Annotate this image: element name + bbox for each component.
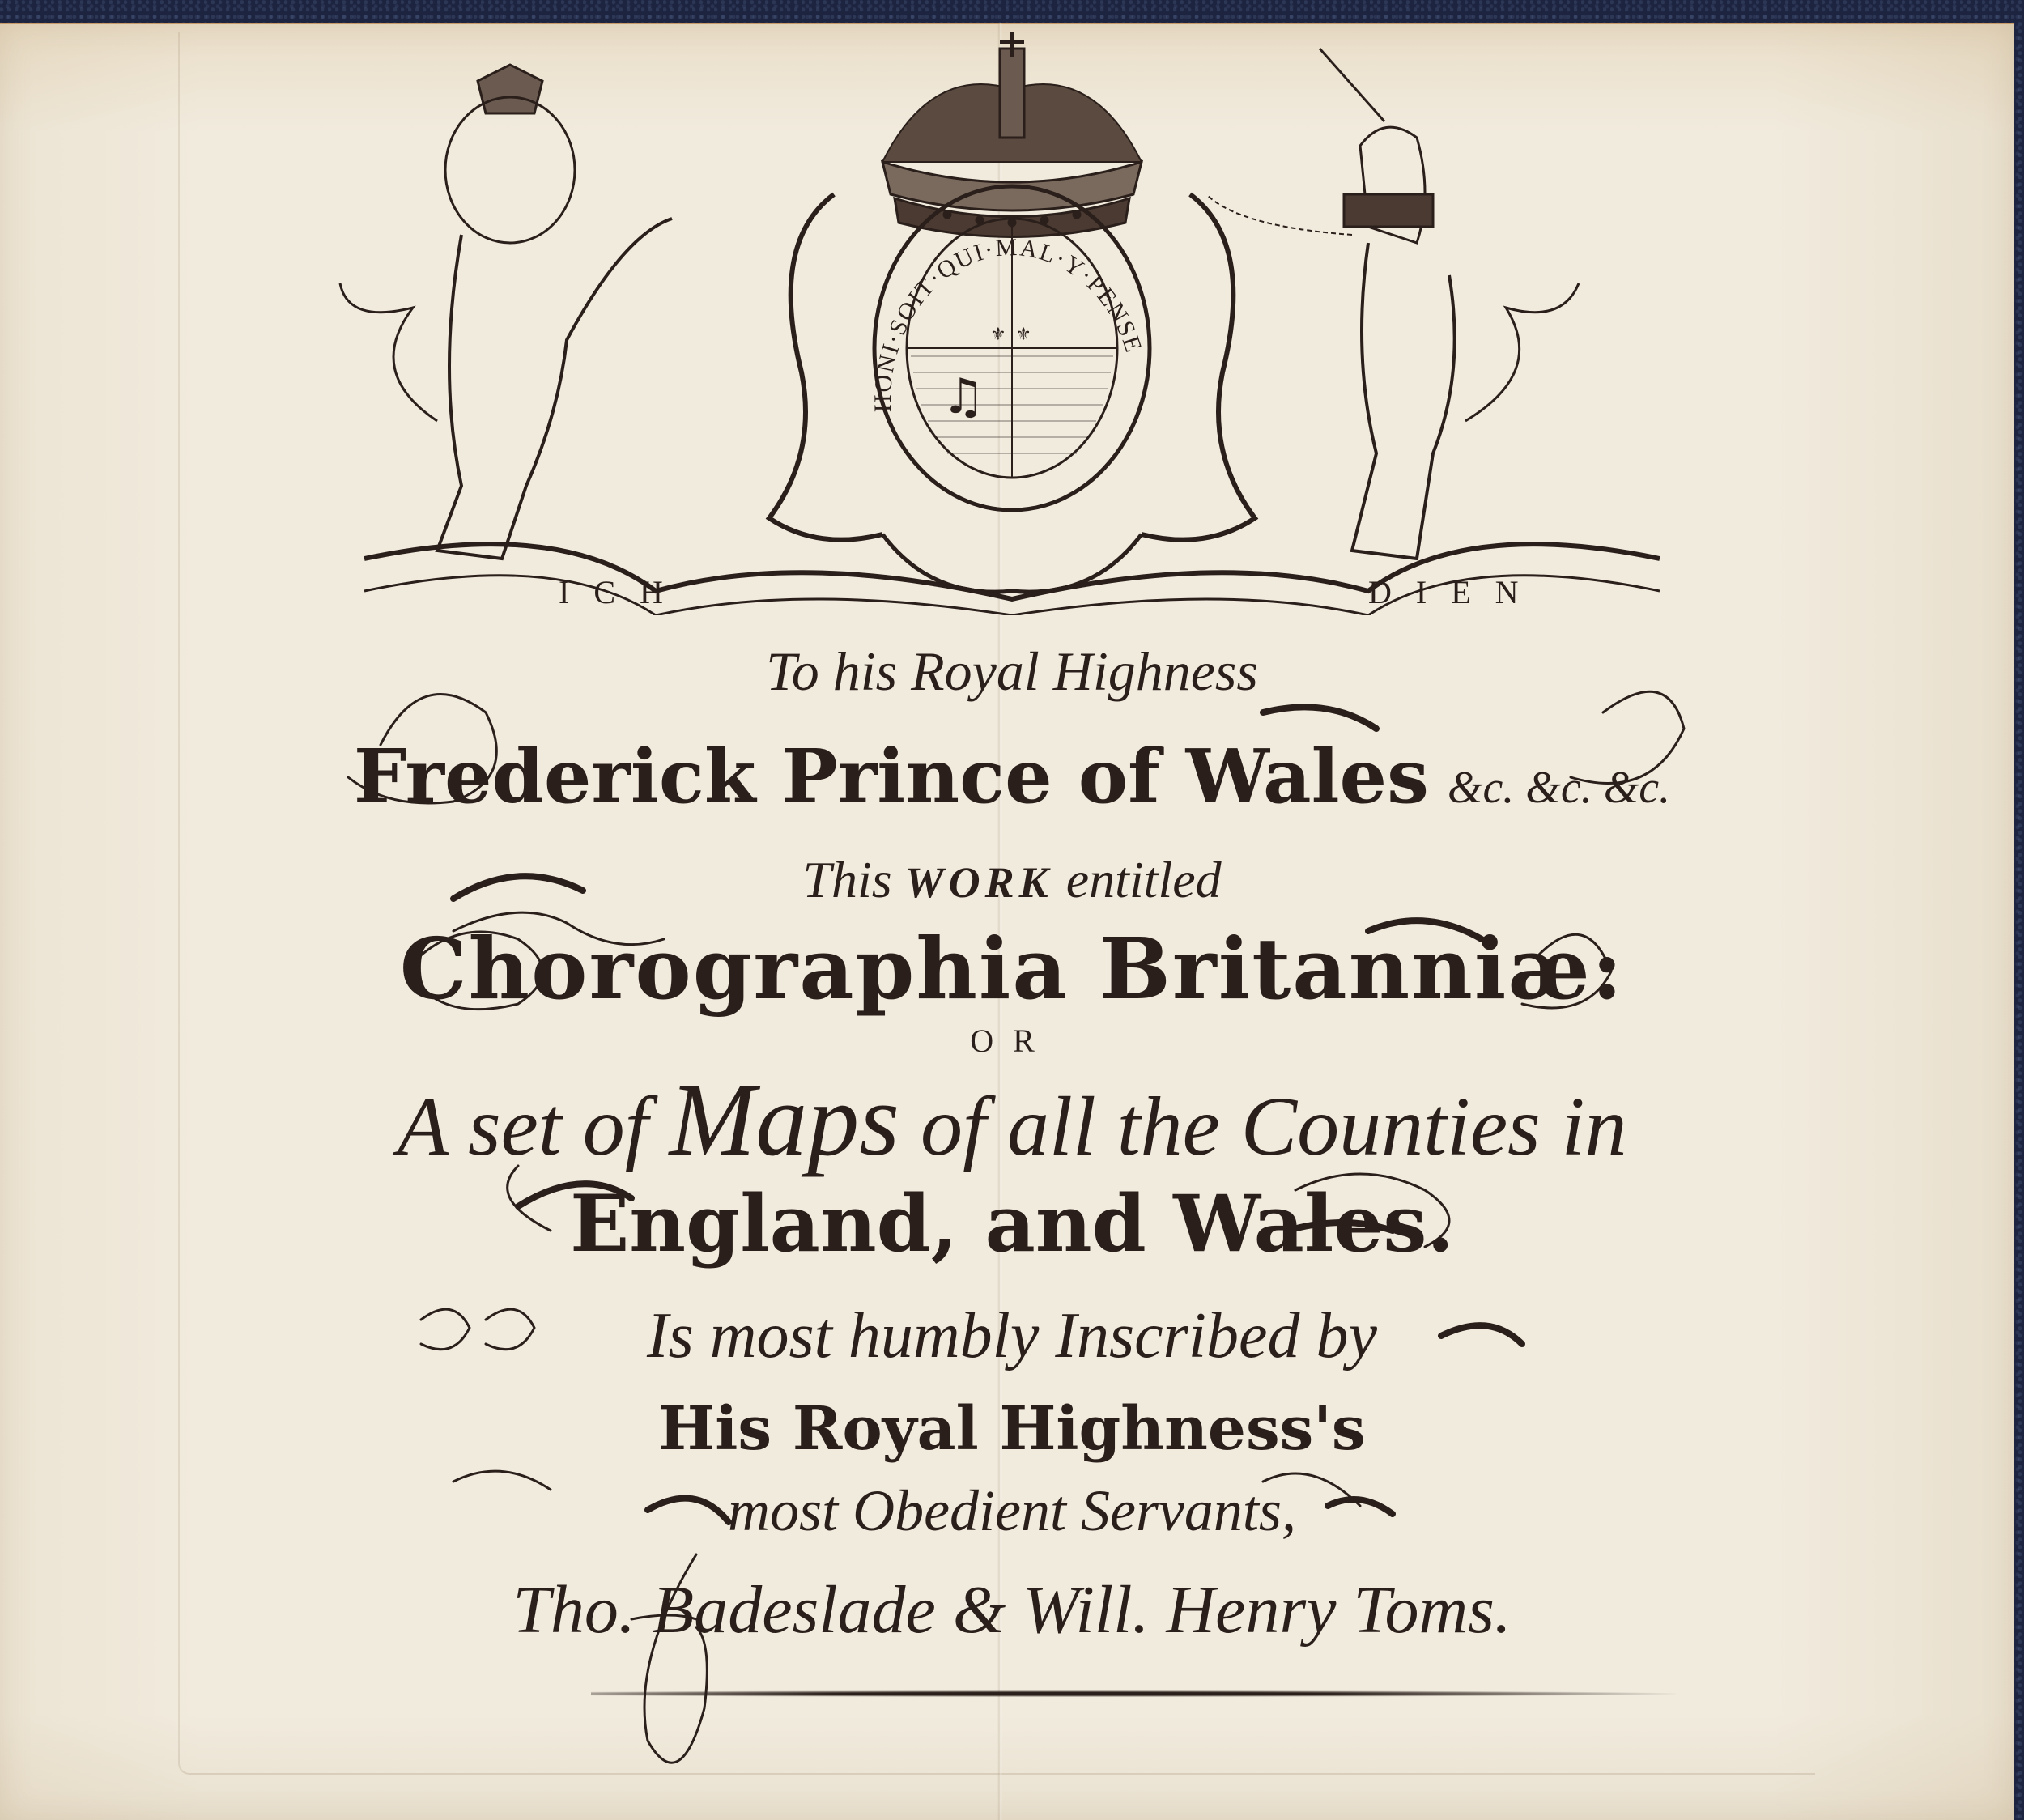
- work-word: WORK: [905, 858, 1053, 907]
- his-royal-highness-line: His Royal Highness's: [0, 1394, 2024, 1464]
- servants-line: most Obedient Servants,: [0, 1478, 2024, 1545]
- subtitle-places: England, and Wales.: [0, 1178, 2024, 1269]
- dedication-line-prince: Frederick Prince of Wales &c. &c. &c.: [0, 733, 2024, 820]
- prince-name: Frederick Prince of Wales: [354, 733, 1429, 820]
- work-title: Chorographia Britanniæ:: [0, 919, 2024, 1018]
- subtitle-maps-line: A set of Maps of all the Counties in: [0, 1061, 2024, 1180]
- dedication-line-this-work: This WORK entitled: [0, 850, 2024, 910]
- this-word: This: [802, 851, 891, 908]
- subtitle-b: of all the Counties in: [921, 1080, 1626, 1173]
- unicorn-supporter: [1206, 49, 1579, 559]
- or-divider: OR: [0, 1022, 2024, 1060]
- svg-text:⚜ ⚜: ⚜ ⚜: [990, 324, 1034, 344]
- royal-coat-of-arms: ⚜ ⚜ ♫ HONI·SOIT·QUI·MAL·Y·PENSE: [316, 32, 1708, 615]
- motto-ribbon: ICH DIEN: [364, 544, 1660, 615]
- svg-text:♫: ♫: [942, 368, 985, 425]
- inscribed-line: Is most humbly Inscribed by: [0, 1299, 2024, 1373]
- etcetera: &c. &c. &c.: [1448, 763, 1670, 813]
- crown-icon: [882, 32, 1142, 237]
- entitled-word: entitled: [1066, 851, 1222, 908]
- subtitle-a: A set of: [398, 1080, 648, 1173]
- svg-text:DIEN: DIEN: [1368, 574, 1543, 610]
- dedication-line-to-his-royal-highness: To his Royal Highness: [0, 640, 2024, 704]
- authors-line: Tho. Badeslade & Will. Henry Toms.: [0, 1571, 2024, 1649]
- subtitle-maps: Maps: [670, 1062, 899, 1177]
- svg-text:ICH: ICH: [559, 574, 687, 610]
- closing-rule: [591, 1690, 1676, 1697]
- lion-supporter: [340, 65, 672, 559]
